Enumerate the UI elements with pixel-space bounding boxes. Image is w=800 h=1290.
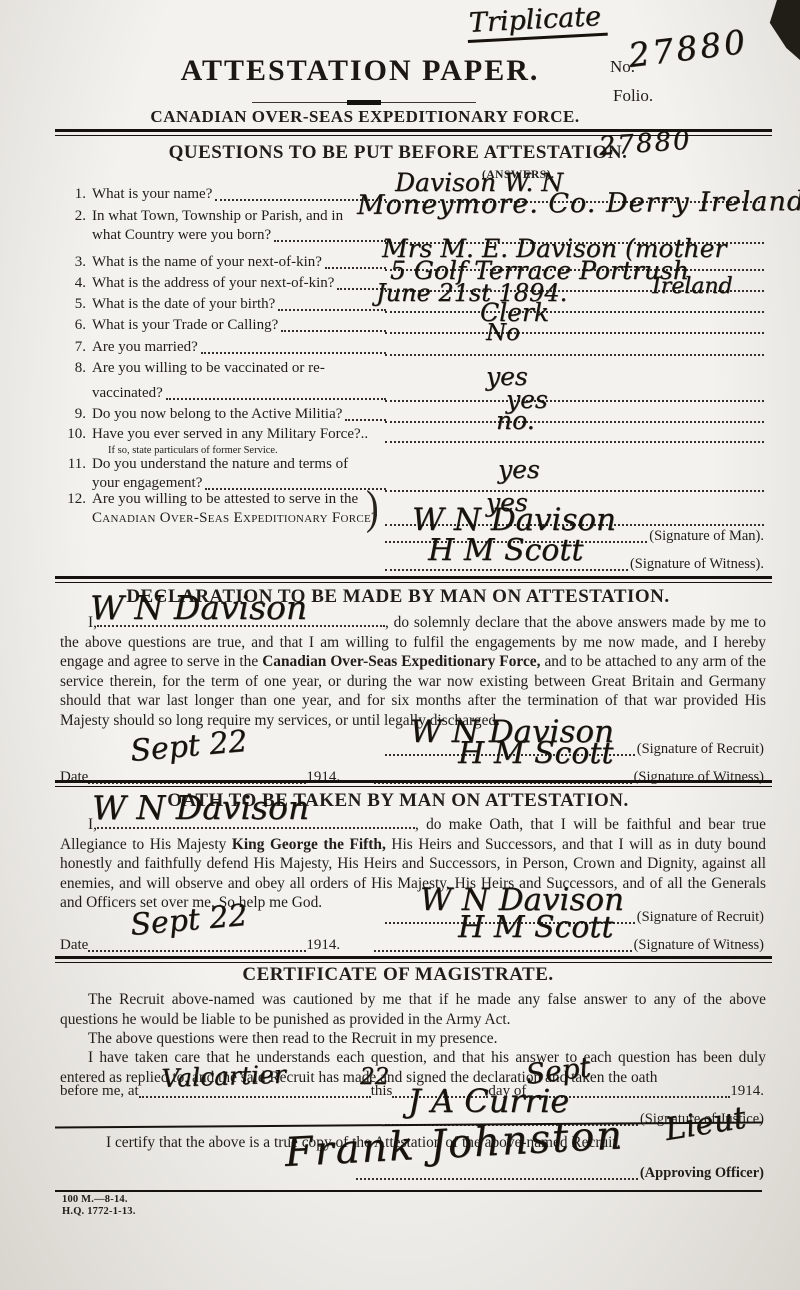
- question-text: Do you understand the nature and terms o…: [92, 455, 348, 474]
- form-codes: 100 M.—8-14. H.Q. 1772-1-13.: [62, 1194, 136, 1218]
- question-text: Do you now belong to the Active Militia?: [92, 405, 342, 424]
- dotted-leader: [345, 419, 386, 421]
- oath-paragraph: I,, do make Oath, that I will be faithfu…: [60, 814, 766, 913]
- section-rule: [55, 1190, 762, 1192]
- question-number: 7.: [60, 338, 86, 357]
- question-text: What is your Trade or Calling?: [92, 316, 278, 335]
- signature-of-man-label: (Signature of Man).: [647, 528, 764, 545]
- year-printed: 1914.: [730, 1083, 764, 1100]
- question-row-12: 12.Are you willing to be attested to ser…: [60, 490, 388, 528]
- torn-corner-mark: [764, 0, 800, 60]
- signature-of-witness-label: (Signature of Witness): [632, 937, 764, 954]
- question-text: Are you married?: [92, 338, 198, 357]
- question-number: 2.: [60, 207, 86, 226]
- question-text: In what Town, Township or Parish, and in: [92, 207, 343, 226]
- question-text: Are you willing to be vaccinated or re-: [92, 359, 325, 378]
- question-number: 12.: [60, 490, 86, 509]
- justice-signature-handwritten: J A Currie: [408, 1082, 569, 1120]
- place-handwritten: Valcartier: [161, 1060, 286, 1093]
- dotted-leader: [278, 309, 386, 311]
- king-name-bold: King George the Fifth,: [232, 836, 386, 853]
- answer-line: [385, 490, 764, 492]
- declaration-paragraph: I,, do solemnly declare that the above a…: [60, 612, 766, 730]
- dotted-leader: [88, 950, 306, 952]
- form-code-line: 100 M.—8-14.: [62, 1194, 136, 1206]
- answer-birthplace: Moneymore. Co. Derry Ireland: [357, 186, 800, 221]
- before-me-label: before me, at: [60, 1083, 139, 1100]
- question-text: What is the name of your next-of-kin?: [92, 253, 322, 272]
- question-row-8: 8.Are you willing to be vaccinated or re…: [60, 359, 388, 403]
- answer-line: [385, 441, 764, 443]
- force-name-bold: Canadian Over-Seas Expeditionary Force,: [262, 653, 540, 670]
- question-text: Have you ever served in any Military For…: [92, 425, 368, 444]
- question-row-5: 5.What is the date of your birth?: [60, 295, 388, 314]
- answer-line: [385, 400, 764, 402]
- question-text: what Country were you born?: [92, 226, 271, 245]
- declaration-section: DECLARATION TO BE MADE BY MAN ON ATTESTA…: [60, 582, 766, 778]
- question-number: 6.: [60, 316, 86, 335]
- answer-married: No: [486, 320, 520, 346]
- dotted-leader: [325, 267, 386, 269]
- question-row-11: 11.Do you understand the nature and term…: [60, 455, 388, 493]
- question-text: vaccinated?: [92, 384, 163, 403]
- page-title: ATTESTATION PAPER.: [150, 54, 570, 88]
- question-number: 11.: [60, 455, 86, 474]
- dotted-leader: [201, 352, 386, 354]
- magistrate-section: CERTIFICATE OF MAGISTRATE. The Recruit a…: [60, 962, 766, 1122]
- question-row-2: 2.In what Town, Township or Parish, and …: [60, 207, 388, 245]
- answer-line: [385, 421, 764, 423]
- question-row-10: 10.Have you ever served in any Military …: [60, 425, 388, 458]
- question-number: 4.: [60, 274, 86, 293]
- question-number: 5.: [60, 295, 86, 314]
- approving-officer-label: (Approving Officer): [638, 1165, 764, 1182]
- form-code-line: H.Q. 1772-1-13.: [62, 1206, 136, 1218]
- signature-of-witness-label: (Signature of Witness).: [628, 556, 764, 573]
- recruit-name-handwritten: W N Davison: [92, 788, 309, 827]
- answer-line: [385, 354, 764, 356]
- force-subtitle: CANADIAN OVER-SEAS EXPEDITIONARY FORCE.: [120, 107, 610, 127]
- dotted-leader: [374, 950, 631, 952]
- dotted-leader: [166, 398, 386, 400]
- date-label: Date: [60, 937, 88, 954]
- question-row-1: 1.What is your name?: [60, 185, 388, 204]
- dotted-leader: [281, 330, 386, 332]
- witness-signature-handwritten: H M Scott: [428, 533, 583, 568]
- witness-signature-handwritten: H M Scott: [458, 910, 613, 945]
- magistrate-heading: CERTIFICATE OF MAGISTRATE.: [60, 964, 736, 986]
- question-text: What is your name?: [92, 185, 212, 204]
- question-number: 10.: [60, 425, 86, 444]
- folio-label: Folio.: [613, 86, 653, 106]
- dotted-leader: [356, 1178, 638, 1180]
- service-number-handwritten: 27880: [626, 22, 750, 75]
- signature-of-recruit-label: (Signature of Recruit): [635, 741, 764, 758]
- answer-engagement: yes: [498, 455, 540, 484]
- magistrate-para-1: The Recruit above-named was cautioned by…: [60, 990, 766, 1029]
- title-divider: [252, 100, 476, 105]
- date-handwritten: Sept 22: [129, 724, 249, 769]
- answer-military-force: no.: [496, 406, 535, 435]
- question-text: What is the date of your birth?: [92, 295, 275, 314]
- question-row-7: 7.Are you married?: [60, 338, 388, 357]
- question-text: What is the address of your next-of-kin?: [92, 274, 334, 293]
- oath-section: OATH TO BE TAKEN BY MAN ON ATTESTATION. …: [60, 786, 766, 954]
- question-number: 1.: [60, 185, 86, 204]
- year-printed: 1914.: [306, 937, 340, 954]
- question-row-3: 3.What is the name of your next-of-kin?: [60, 253, 388, 272]
- dotted-leader: [139, 1096, 371, 1098]
- question-text: Are you willing to be attested to serve …: [92, 490, 358, 509]
- witness-signature-handwritten: H M Scott: [458, 736, 613, 771]
- dotted-leader: [274, 240, 386, 242]
- question-row-6: 6.What is your Trade or Calling?: [60, 316, 388, 335]
- questions-section: QUESTIONS TO BE PUT BEFORE ATTESTATION. …: [60, 142, 766, 580]
- question-text: Canadian Over-Seas Expeditionary Force?: [92, 509, 378, 528]
- question-row-4: 4.What is the address of your next-of-ki…: [60, 274, 388, 293]
- magistrate-para-2: The above questions were then read to th…: [60, 1029, 766, 1049]
- question-number: 3.: [60, 253, 86, 272]
- question-12-brace: ): [366, 481, 379, 536]
- recruit-name-handwritten: W N Davison: [90, 588, 307, 627]
- answer-line: [385, 332, 764, 334]
- answer-line: [385, 311, 764, 313]
- question-number: 9.: [60, 405, 86, 424]
- answer-kin-address-continued: Ireland: [652, 274, 733, 299]
- true-copy-section: I certify that the above is a true copy …: [60, 1130, 766, 1190]
- attestation-paper-scan: Triplicate ATTESTATION PAPER. No. 27880 …: [0, 0, 800, 1290]
- triplicate-note: Triplicate: [466, 1, 608, 43]
- signature-of-recruit-label: (Signature of Recruit): [635, 909, 764, 926]
- question-row-9: 9.Do you now belong to the Active Militi…: [60, 405, 388, 424]
- question-number: 8.: [60, 359, 86, 378]
- day-handwritten: 22: [360, 1064, 389, 1090]
- dotted-leader: [385, 569, 628, 571]
